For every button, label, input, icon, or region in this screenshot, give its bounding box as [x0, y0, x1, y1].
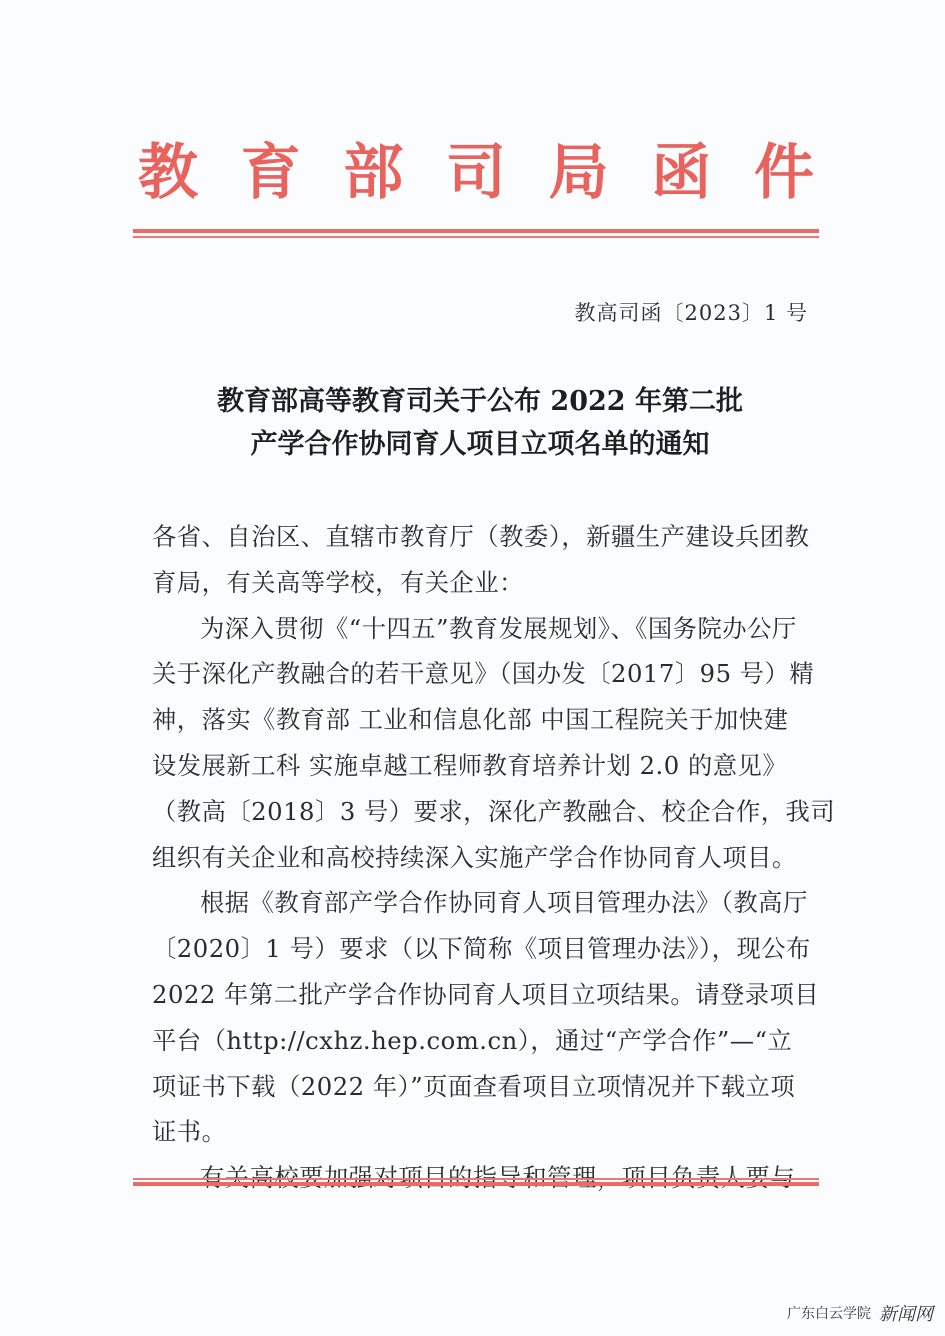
- body-line: 〔2020〕1 号）要求（以下简称《项目管理办法》），现公布: [152, 926, 816, 972]
- document-body: 各省、自治区、直辖市教育厅（教委），新疆生产建设兵团教 育局，有关高等学校，有关…: [152, 514, 816, 1201]
- body-line: 为深入贯彻《“十四五”教育发展规划》、《国务院办公厅: [152, 606, 816, 652]
- footer-rule-thin: [133, 1178, 819, 1180]
- header-rule-thick: [133, 229, 819, 233]
- watermark: 广东白云学院 新闻网: [787, 1300, 933, 1326]
- body-line: 平台（http://cxhz.hep.com.cn），通过“产学合作”—“立: [152, 1018, 816, 1064]
- body-line: 育局，有关高等学校，有关企业：: [152, 560, 816, 606]
- masthead-char: 教: [133, 138, 203, 208]
- body-line: 神，落实《教育部 工业和信息化部 中国工程院关于加快建: [152, 697, 816, 743]
- body-line: 关于深化产教融合的若干意见》（国办发〔2017〕95 号）精: [152, 651, 816, 697]
- body-line: （教高〔2018〕3 号）要求，深化产教融合、校企合作，我司: [152, 789, 816, 835]
- body-line: 各省、自治区、直辖市教育厅（教委），新疆生产建设兵团教: [152, 514, 816, 560]
- masthead-title: 教 育 部 司 局 函 件: [133, 138, 819, 208]
- title-line-2: 产学合作协同育人项目立项名单的通知: [140, 423, 820, 466]
- body-line: 根据《教育部产学合作协同育人项目管理办法》（教高厅: [152, 880, 816, 926]
- masthead-char: 局: [544, 138, 614, 208]
- masthead-char: 部: [338, 138, 408, 208]
- masthead-char: 司: [441, 138, 511, 208]
- body-line: 组织有关企业和高校持续深入实施产学合作协同育人项目。: [152, 835, 816, 881]
- masthead-char: 件: [749, 138, 819, 208]
- watermark-org: 广东白云学院: [787, 1303, 871, 1323]
- document-number: 教高司函〔2023〕1 号: [575, 298, 808, 328]
- footer-rule-thick: [133, 1182, 819, 1186]
- body-line: 设发展新工科 实施卓越工程师教育培养计划 2.0 的意见》: [152, 743, 816, 789]
- document-title: 教育部高等教育司关于公布 2022 年第二批 产学合作协同育人项目立项名单的通知: [140, 380, 820, 466]
- body-line: 项证书下载（2022 年）”页面查看项目立项情况并下载立项: [152, 1064, 816, 1110]
- body-line: 2022 年第二批产学合作协同育人项目立项结果。请登录项目: [152, 972, 816, 1018]
- body-line: 证书。: [152, 1109, 816, 1155]
- title-line-1: 教育部高等教育司关于公布 2022 年第二批: [140, 380, 820, 423]
- watermark-brand: 新闻网: [879, 1300, 933, 1326]
- header-rule-thin: [133, 236, 819, 238]
- masthead-char: 育: [236, 138, 306, 208]
- masthead-char: 函: [646, 138, 716, 208]
